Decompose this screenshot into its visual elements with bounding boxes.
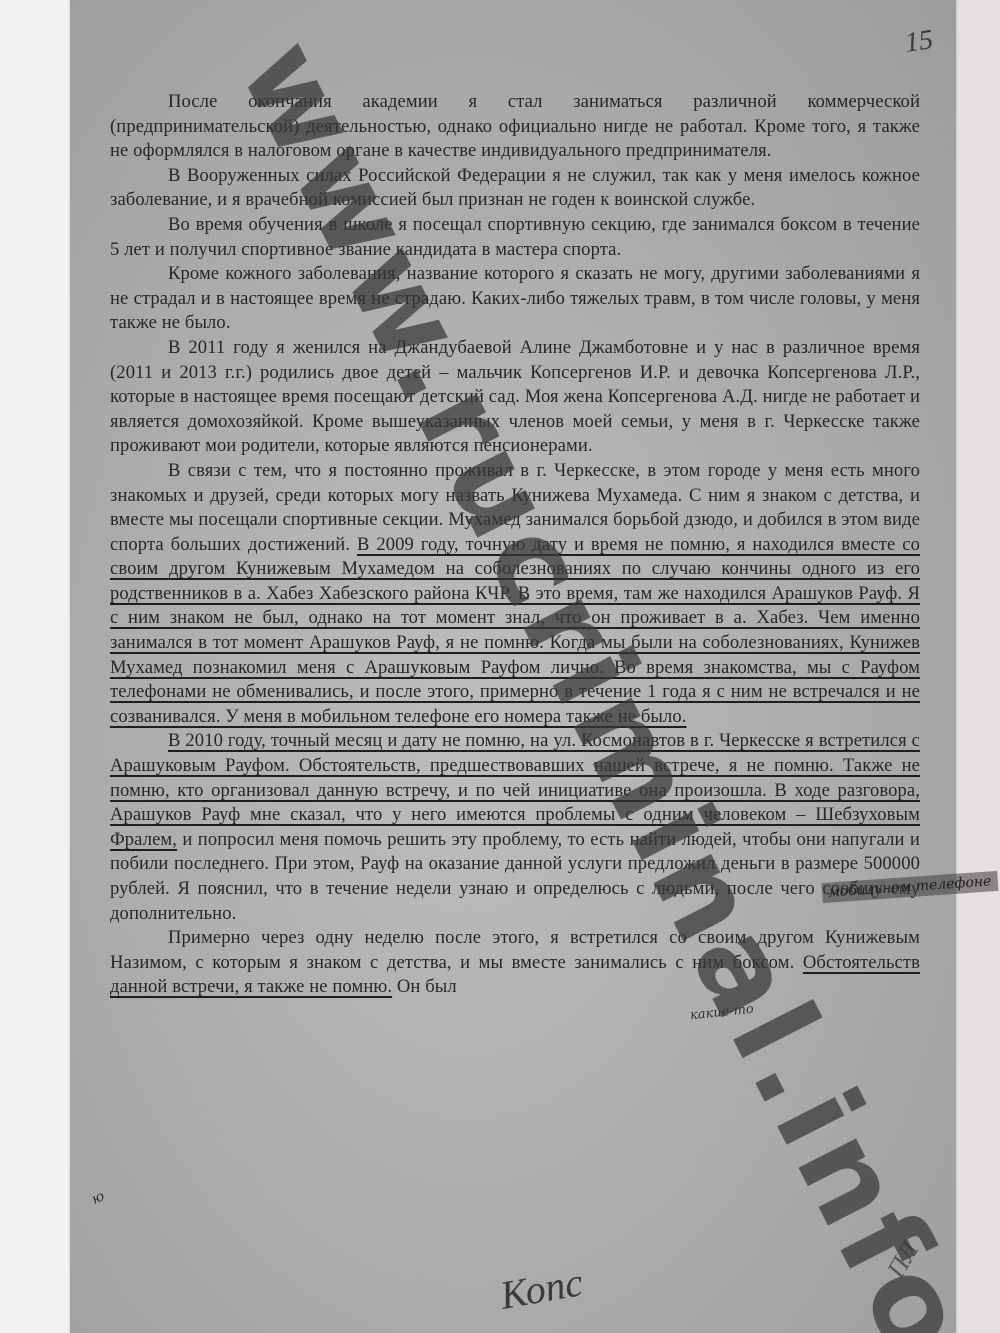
followup-tail: Он был [392, 976, 457, 997]
followup-plain: Примерно через одну неделю после этого, … [110, 927, 920, 973]
paragraph-acquaintance: В связи с тем, что я постоянно проживал … [110, 459, 920, 730]
page-number: 15 [903, 24, 935, 60]
paragraph-military: В Вооруженных силах Российской Федерации… [110, 164, 920, 213]
paragraph-followup: Примерно через одну неделю после этого, … [110, 926, 920, 1000]
paragraph-meeting-2010: В 2010 году, точный месяц и дату не помн… [110, 729, 920, 926]
meeting-plain: и попросил меня помочь решить эту пробле… [110, 829, 920, 924]
background-right [956, 0, 1000, 1333]
background-left [0, 0, 72, 1333]
document-body: После окончания академии я стал занимать… [110, 90, 920, 1000]
paragraph-health: Кроме кожного заболевания, название кото… [110, 262, 920, 336]
paragraph-sports: Во время обучения в школе я посещал спор… [110, 213, 920, 262]
acquaintance-underlined: В 2009 году, точную дату и время не помн… [110, 534, 920, 727]
paragraph-family: В 2011 году я женился на Джандубаевой Ал… [110, 336, 920, 459]
paragraph-education: После окончания академии я стал занимать… [110, 90, 920, 164]
